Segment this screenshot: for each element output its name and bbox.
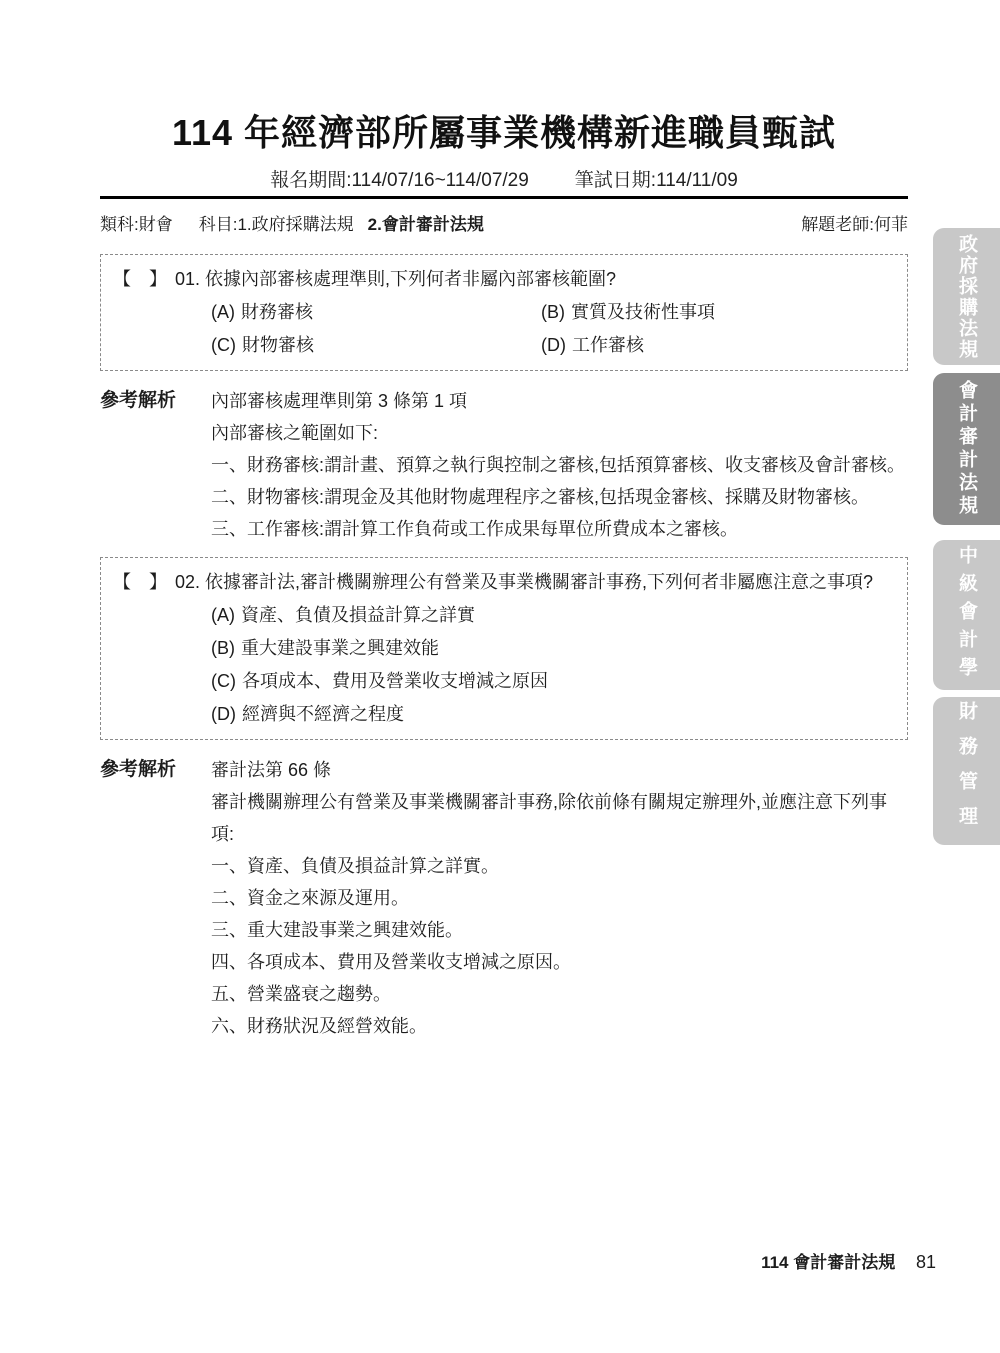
tab-financial-management: 財務管理 <box>933 697 1000 845</box>
analysis-line: 三、重大建設事業之興建效能。 <box>211 914 908 946</box>
question-2-options: (A)資產、負債及損益計算之詳實 (B)重大建設事業之興建效能 (C)各項成本、… <box>211 599 895 731</box>
analysis-line: 一、財務審核:謂計畫、預算之執行與控制之審核,包括預算審核、收支審核及會計審核。 <box>211 449 908 481</box>
analysis-label: 參考解析 <box>100 385 182 545</box>
analysis-line: 二、財物審核:謂現金及其他財物處理程序之審核,包括現金審核、採購及財物審核。 <box>211 481 908 513</box>
question-box-1: 【 】 01. 依據內部審核處理準則,下列何者非屬內部審核範圍? (A)財務審核… <box>100 254 908 371</box>
option-b: (B)重大建設事業之興建效能 <box>211 632 895 665</box>
analysis-line: 審計法第 66 條 <box>211 754 908 786</box>
answer-bracket: 【 】 <box>113 263 167 296</box>
option-label: (C) <box>211 335 236 355</box>
subject-label: 科目:1.政府採購法規 <box>199 213 354 237</box>
exam-solution-page: 114 年經濟部所屬事業機構新進職員甄試 報名期間:114/07/16~114/… <box>0 0 1000 1353</box>
header-dates: 報名期間:114/07/16~114/07/29 筆試日期:114/11/09 <box>100 168 908 193</box>
analysis-body: 審計法第 66 條 審計機關辦理公有營業及事業機關審計事務,除依前條有關規定辦理… <box>211 754 908 1042</box>
option-label: (D) <box>541 335 566 355</box>
option-text: 財務審核 <box>241 302 313 322</box>
option-label: (D) <box>211 704 236 724</box>
question-text: 依據審計法,審計機關辦理公有營業及事業機關審計事務,下列何者非屬應注意之事項? <box>205 566 895 599</box>
main-content: 114 年經濟部所屬事業機構新進職員甄試 報名期間:114/07/16~114/… <box>100 0 908 1042</box>
option-text: 重大建設事業之興建效能 <box>241 638 439 658</box>
analysis-line: 審計機關辦理公有營業及事業機關審計事務,除依前條有關規定辦理外,並應注意下列事項… <box>211 786 908 850</box>
header-divider <box>100 196 908 199</box>
analysis-line: 內部審核之範圍如下: <box>211 417 908 449</box>
option-label: (A) <box>211 605 235 625</box>
option-label: (A) <box>211 302 235 322</box>
option-text: 財物審核 <box>242 335 314 355</box>
answer-bracket: 【 】 <box>113 566 167 599</box>
option-text: 資產、負債及損益計算之詳實 <box>241 605 475 625</box>
option-c: (C)財物審核 <box>211 329 541 362</box>
footer-page-number: 81 <box>916 1252 936 1272</box>
analysis-line: 五、營業盛衰之趨勢。 <box>211 978 908 1010</box>
analysis-line: 一、資產、負債及損益計算之詳實。 <box>211 850 908 882</box>
question-1-options: (A)財務審核 (B)實質及技術性事項 (C)財物審核 (D)工作審核 <box>211 296 895 362</box>
subject-label-bold: 2.會計審計法規 <box>368 213 484 237</box>
analysis-line: 二、資金之來源及運用。 <box>211 882 908 914</box>
tab-intermediate-accounting: 中級會計學 <box>933 540 1000 690</box>
analysis-line: 四、各項成本、費用及營業收支增減之原因。 <box>211 946 908 978</box>
page-footer: 114 會計審計法規 81 <box>100 1250 936 1275</box>
analysis-body: 內部審核處理準則第 3 條第 1 項 內部審核之範圍如下: 一、財務審核:謂計畫… <box>211 385 908 545</box>
option-label: (B) <box>211 638 235 658</box>
option-label: (C) <box>211 671 236 691</box>
registration-period: 報名期間:114/07/16~114/07/29 <box>270 168 529 193</box>
analysis-line: 六、財務狀況及經營效能。 <box>211 1010 908 1042</box>
option-text: 實質及技術性事項 <box>571 302 715 322</box>
option-label: (B) <box>541 302 565 322</box>
question-number: 02. <box>175 566 200 599</box>
question-2-line: 【 】 02. 依據審計法,審計機關辦理公有營業及事業機關審計事務,下列何者非屬… <box>113 566 895 599</box>
option-b: (B)實質及技術性事項 <box>541 296 895 329</box>
question-number: 01. <box>175 263 200 296</box>
meta-row: 類科:財會 科目:1.政府採購法規 2.會計審計法規 解題老師:何菲 <box>100 213 908 237</box>
option-a: (A)資產、負債及損益計算之詳實 <box>211 599 895 632</box>
analysis-section-2: 參考解析 審計法第 66 條 審計機關辦理公有營業及事業機關審計事務,除依前條有… <box>100 754 908 1042</box>
analysis-label: 參考解析 <box>100 754 182 1042</box>
option-text: 經濟與不經濟之程度 <box>242 704 404 724</box>
option-text: 各項成本、費用及營業收支增減之原因 <box>242 671 548 691</box>
option-a: (A)財務審核 <box>211 296 541 329</box>
tab-gov-procurement-law: 政府採購法規 <box>933 228 1000 365</box>
question-1-line: 【 】 01. 依據內部審核處理準則,下列何者非屬內部審核範圍? <box>113 263 895 296</box>
option-text: 工作審核 <box>572 335 644 355</box>
category-label: 類科:財會 <box>100 213 173 237</box>
question-text: 依據內部審核處理準則,下列何者非屬內部審核範圍? <box>205 263 895 296</box>
option-d: (D)工作審核 <box>541 329 895 362</box>
option-d: (D)經濟與不經濟之程度 <box>211 698 895 731</box>
exam-date: 筆試日期:114/11/09 <box>575 168 738 193</box>
page-title: 114 年經濟部所屬事業機構新進職員甄試 <box>100 0 908 156</box>
footer-book-title: 114 會計審計法規 <box>761 1253 895 1272</box>
analysis-line: 三、工作審核:謂計算工作負荷或工作成果每單位所費成本之審核。 <box>211 513 908 545</box>
analysis-line: 內部審核處理準則第 3 條第 1 項 <box>211 385 908 417</box>
tab-accounting-audit-law: 會計審計法規 <box>933 373 1000 525</box>
question-box-2: 【 】 02. 依據審計法,審計機關辦理公有營業及事業機關審計事務,下列何者非屬… <box>100 557 908 740</box>
option-c: (C)各項成本、費用及營業收支增減之原因 <box>211 665 895 698</box>
analysis-section-1: 參考解析 內部審核處理準則第 3 條第 1 項 內部審核之範圍如下: 一、財務審… <box>100 385 908 545</box>
teacher-label: 解題老師:何菲 <box>801 213 908 237</box>
